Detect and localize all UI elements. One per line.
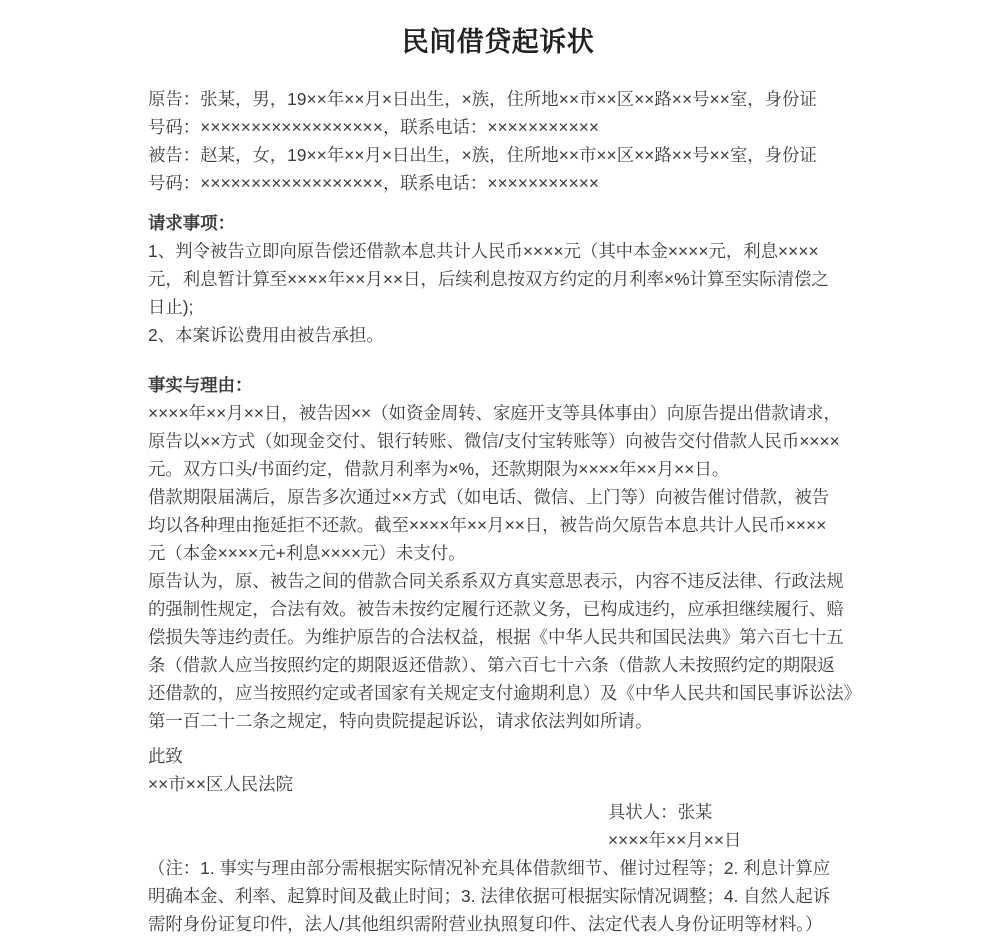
claims-body: 1、判令被告立即向原告偿还借款本息共计人民币××××元（其中本金××××元，利息…	[148, 237, 848, 349]
text-line: 号码：××××××××××××××××××，联系电话：×××××××××××	[148, 113, 848, 141]
text-line: 元（本金××××元+利息××××元）未支付。	[148, 539, 848, 567]
facts-section: 事实与理由： ××××年××月××日，被告因××（如资金周转、家庭开支等具体事由…	[148, 371, 848, 735]
signature-block: 具状人：张某 ××××年××月××日	[148, 798, 848, 854]
text-line: 条（借款人应当按照约定的期限返还借款）、第六百七十六条（借款人未按照约定的期限返	[148, 651, 848, 679]
text-line: 均以各种理由拖延拒不还款。截至××××年××月××日，被告尚欠原告本息共计人民币…	[148, 511, 848, 539]
text-line: 号码：××××××××××××××××××，联系电话：×××××××××××	[148, 169, 848, 197]
signatory-line: 具状人：张某	[608, 798, 848, 826]
text-line: 原告认为，原、被告之间的借款合同关系系双方真实意思表示，内容不违反法律、行政法规	[148, 567, 848, 595]
salutation: 此致	[148, 742, 848, 770]
court-name: ××市××区人民法院	[148, 770, 848, 798]
text-line: 第一百二十二条之规定，特向贵院提起诉讼，请求依法判如所请。	[148, 707, 848, 735]
text-line: 元，利息暂计算至××××年××月××日，后续利息按双方约定的月利率×%计算至实际…	[148, 265, 848, 293]
text-line: 原告以××方式（如现金交付、银行转账、微信/支付宝转账等）向被告交付借款人民币×…	[148, 427, 848, 455]
text-line: 明确本金、利率、起算时间及截止时间；3. 法律依据可根据实际情况调整；4. 自然…	[148, 882, 848, 910]
text-line: 的强制性规定，合法有效。被告未按约定履行还款义务，已构成违约，应承担继续履行、赔	[148, 595, 848, 623]
document-title: 民间借贷起诉状	[148, 26, 848, 58]
text-line: 需附身份证复印件，法人/其他组织需附营业执照复印件、法定代表人身份证明等材料。）	[148, 910, 848, 938]
signature-date: ××××年××月××日	[608, 826, 848, 854]
closing-section: 此致 ××市××区人民法院 具状人：张某 ××××年××月××日	[148, 742, 848, 854]
text-line: 原告：张某，男，19××年××月×日出生，×族，住所地××市××区××路××号×…	[148, 85, 848, 113]
facts-heading: 事实与理由：	[148, 371, 848, 399]
footnote-paragraph: （注：1. 事实与理由部分需根据实际情况补充具体借款细节、催讨过程等；2. 利息…	[148, 854, 848, 938]
complaint-document: 民间借贷起诉状 原告：张某，男，19××年××月×日出生，×族，住所地××市××…	[148, 26, 848, 938]
text-line: ××××年××月××日，被告因××（如资金周转、家庭开支等具体事由）向原告提出借…	[148, 399, 848, 427]
text-line: 2、本案诉讼费用由被告承担。	[148, 321, 848, 349]
text-line: 元。双方口头/书面约定，借款月利率为×%，还款期限为××××年××月××日。	[148, 455, 848, 483]
facts-body: ××××年××月××日，被告因××（如资金周转、家庭开支等具体事由）向原告提出借…	[148, 399, 848, 735]
text-line: 1、判令被告立即向原告偿还借款本息共计人民币××××元（其中本金××××元，利息…	[148, 237, 848, 265]
text-line: 偿损失等违约责任。为维护原告的合法权益，根据《中华人民共和国民法典》第六百七十五	[148, 623, 848, 651]
text-line: 还借款的，应当按照约定或者国家有关规定支付逾期利息）及《中华人民共和国民事诉讼法…	[148, 679, 848, 707]
document-page: 民间借贷起诉状 原告：张某，男，19××年××月×日出生，×族，住所地××市××…	[0, 0, 992, 946]
text-line: （注：1. 事实与理由部分需根据实际情况补充具体借款细节、催讨过程等；2. 利息…	[148, 854, 848, 882]
claims-heading: 请求事项：	[148, 209, 848, 237]
text-line: 被告：赵某，女，19××年××月×日出生，×族，住所地××市××区××路××号×…	[148, 141, 848, 169]
text-line: 日止);	[148, 293, 848, 321]
parties-section: 原告：张某，男，19××年××月×日出生，×族，住所地××市××区××路××号×…	[148, 85, 848, 197]
claims-section: 请求事项： 1、判令被告立即向原告偿还借款本息共计人民币××××元（其中本金××…	[148, 209, 848, 349]
text-line: 借款期限届满后，原告多次通过××方式（如电话、微信、上门等）向被告催讨借款，被告	[148, 483, 848, 511]
